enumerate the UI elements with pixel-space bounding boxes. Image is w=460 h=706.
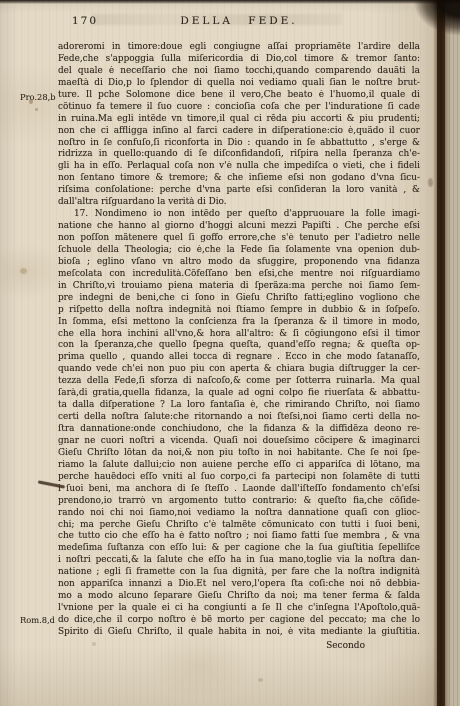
text-line: inoſtripeccati,&laſalutecheeſſohainſuama… [58, 555, 420, 567]
text-line: medeſimaſuſtanzaconeſſolui:&percagionech… [58, 543, 420, 555]
text-line: delqualeèneceſſariochenoiſiamotocchi,qua… [58, 66, 420, 78]
foxing-spot [20, 268, 27, 274]
running-title: DELLA FEDE. [58, 15, 420, 27]
text-line: gnarnecuorinoſtriavicenda.Quaſinoidoueſs… [58, 436, 420, 448]
text-line: iſuoibeni,maanchoradiſeſteſſo.Laondedall… [58, 484, 420, 496]
text-line: priſpettodellanoſtraindegnitànoiſtiamoſe… [58, 305, 420, 317]
text-line: adoreromiintimore:doueeglicongiugneaſſai… [58, 42, 420, 54]
text-line: conlaſperanza,chequelloſpegnaqueſta,quan… [58, 340, 420, 352]
text-line: dodice,cheilcorponoſtroèbẽmortopercagion… [58, 615, 420, 627]
book-scan-photo: 170 DELLA FEDE. adoreromiintimore:doueeg… [0, 0, 460, 706]
text-line: preindegnidebeni,checiſonoinGieſuChriſto… [58, 293, 420, 305]
facing-page-edge [445, 0, 460, 706]
text-line: ſarà,digratia,quellafidanza,laqualeadogn… [58, 388, 420, 400]
text-line: riſsimaconſolatione:perched'vnaparteeſsi… [58, 185, 420, 197]
text-line: SpiritodiGieſuChriſto,ilqualehabitainnoi… [58, 627, 420, 639]
text-line: randonoichinoiſiamo,noivediamolanoſtrada… [58, 508, 420, 520]
text-line: nationechehannoalgiornod'hoggialcunimezz… [58, 221, 420, 233]
text-line: quandovedech'einonpuopiuconaperta&chiara… [58, 364, 420, 376]
text-line: certidellanoſtraſalute:cheritornandoanoi… [58, 412, 420, 424]
binding-shadow-corner [414, 0, 460, 40]
text-line: ture.IlpcheSolomonedicebeneilvero,Chebea… [58, 90, 420, 102]
text-line: primaquello,quandoalleitoccadiregnare.Ec… [58, 352, 420, 364]
text-line: tadalladiſperatione?Lalorofantaſiaè,cher… [58, 400, 420, 412]
text-line: bioſa;eglinovſanovnaltromododasfuggire,p… [58, 257, 420, 269]
text-line: riamolaſalutedallui;ciononauienepercheeſ… [58, 460, 420, 472]
text-line: cheellahorainchiniall'vno,&horaall'altro… [58, 329, 420, 341]
text-line: tezzadellaFede,ſisforzadinaſcoſo,&comepe… [58, 376, 420, 388]
text-line: inChriſto,vitrouiamopienamateriadiſperãz… [58, 281, 420, 293]
text-line: chi;mapercheGieſuChriſtoc'ètalmẽtecõmuni… [58, 520, 420, 532]
foxing-spot [35, 108, 38, 111]
text-line: noſtroinſeconfuſo,ſiriconfortainDio:quan… [58, 138, 420, 150]
margin-note: Pro.28,b [20, 92, 58, 102]
foxing-spot [92, 642, 96, 646]
foxing-spot [258, 678, 263, 682]
text-line: Inſomma,eſsimettonolaconſcienzafralaſper… [58, 317, 420, 329]
text-line: glihaineſſo.Perlaqualcoſanonv'ènullachei… [58, 161, 420, 173]
text-line: nonappariſcainnanziaDio.Etnelvero,l'oper… [58, 579, 420, 591]
text-line: dall'altra riſguardano la verità di Dio. [58, 197, 420, 209]
book-page: 170 DELLA FEDE. adoreromiintimore:doueeg… [0, 0, 437, 706]
margin-note: Rom.8,d [20, 615, 58, 625]
catchword: Secondo [326, 641, 365, 651]
body-text: adoreromiintimore:doueeglicongiugneaſſai… [58, 42, 420, 639]
text-line: l'vnioneperlaqualeeicihacongiuntiaſeIlch… [58, 603, 420, 615]
text-line: meſcolataconincredulità.Cõfeſſanobeneſsi… [58, 269, 420, 281]
text-line: nonpoſſonmãtenerequelſigoffoerrore,ches'… [58, 233, 420, 245]
text-line: prendono,iotrarròvnargomentotuttocontrar… [58, 496, 420, 508]
text-line: ſtradannatione:ondeconchiudono,chelafida… [58, 424, 420, 436]
text-line: maeſtàdiDio,ploſplendordiquellanoivediam… [58, 78, 420, 90]
text-line: ſchuoledellaTheologia;cioè,chelaFedeſiaſ… [58, 245, 420, 257]
text-line: natione;egliſiframetteconlaſuadignità,pe… [58, 567, 420, 579]
text-line: Fede,ches'appoggiaſullamiſericordiadiDio… [58, 54, 420, 66]
text-line: cõtinuofatemereilſuocuore:concioſiacoſac… [58, 102, 420, 114]
text-line: chetuttociocheeſſohaèfattonoſtro;noiſiam… [58, 531, 420, 543]
text-line: moamodoalcunoſeparareGieſuChriſtodanoi;m… [58, 591, 420, 603]
text-line: noncheciaffliggainſinoalfarcicadereindiſ… [58, 126, 420, 138]
text-line: nonſentanotimore&tremore;&cheinſiemeeſsi… [58, 173, 420, 185]
text-line: inruina.Maegliintẽdevntimore,ilqualcirẽd… [58, 114, 420, 126]
text-line: 17.Nondimenoiononintẽdoperqueſtod'appruo… [58, 209, 420, 221]
text-line: perchehauẽdocieſſovnitialſuocorpo,cifapa… [58, 472, 420, 484]
photo-top-edge [0, 0, 460, 4]
text-line: GieſuChriſtolõtandanoi,&nonpiutoſtoinnoi… [58, 448, 420, 460]
text-line: ridrizzainquello:quandodiſediſconfidando… [58, 149, 420, 161]
